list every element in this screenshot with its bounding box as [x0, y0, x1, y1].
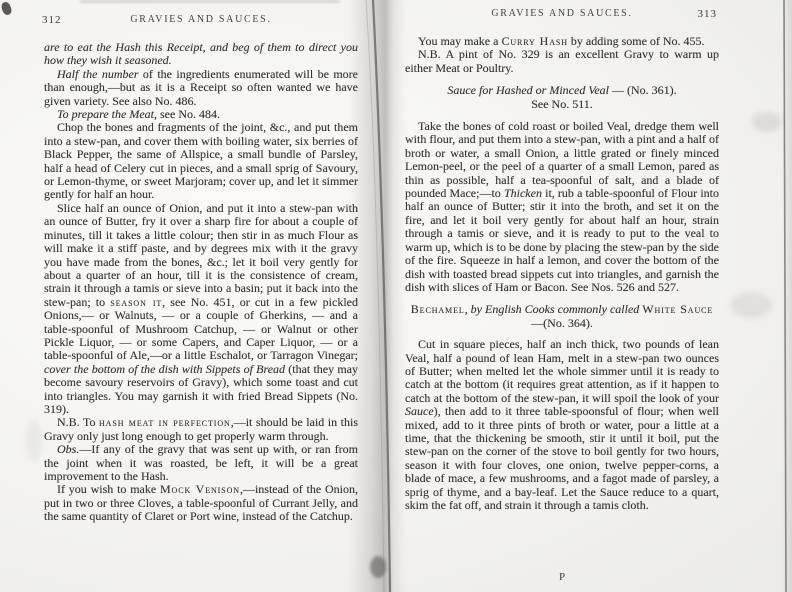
scan-smudge [26, 420, 42, 462]
paragraph: Bechamel, by English Cooks commonly call… [405, 303, 719, 330]
text-segment: Sauce [405, 404, 434, 418]
paragraph: Cut in square pieces, half an inch thick… [405, 338, 719, 512]
right-page: GRAVIES AND SAUCES. 313 You may make a C… [405, 8, 719, 592]
text-segment: — (No. 361). [609, 83, 677, 97]
scan-streak [80, 0, 340, 3]
text-segment: by English Cooks commonly called [471, 302, 640, 316]
text-segment: Sauce for Hashed or Minced Veal [447, 83, 609, 97]
left-page-number: 312 [42, 14, 62, 26]
paragraph: Slice half an ounce of Onion, and put it… [44, 202, 358, 417]
text-segment: Obs. [57, 442, 79, 456]
book-scan: 312 GRAVIES AND SAUCES. are to eat the H… [0, 0, 792, 592]
text-segment: Bechamel [411, 302, 465, 316]
text-segment: N.B. To [57, 415, 99, 429]
right-page-header: GRAVIES AND SAUCES. 313 [405, 8, 719, 24]
text-segment: Cut in square pieces, half an inch thick… [405, 337, 719, 405]
left-page-body: are to eat the Hash this Receipt, and be… [44, 41, 358, 524]
paragraph: are to eat the Hash this Receipt, and be… [44, 41, 358, 68]
paragraph: Sauce for Hashed or Minced Veal — (No. 3… [405, 84, 719, 97]
paragraph: See No. 511. [405, 98, 719, 111]
text-segment: You may make a [418, 34, 501, 48]
text-segment: Half the number [57, 67, 139, 81]
scan-blot [370, 556, 386, 578]
right-page-body: You may make a Curry Hash by adding some… [405, 35, 719, 512]
text-segment: hash meat in perfection [99, 415, 231, 429]
text-segment: Thicken [504, 186, 542, 200]
right-running-head: GRAVIES AND SAUCES. [405, 8, 719, 19]
left-page-header: 312 GRAVIES AND SAUCES. [44, 14, 358, 30]
text-segment: it, rub a table-spoonful of Flour into h… [405, 186, 719, 294]
paragraph: To prepare the Meat, see No. 484. [44, 108, 358, 121]
text-segment: N.B. A pint of No. 329 is an excellent G… [405, 47, 719, 74]
text-segment: Mock Venison [160, 482, 240, 496]
text-segment: Chop the bones and fragments of the join… [44, 120, 358, 201]
left-running-head: GRAVIES AND SAUCES. [44, 14, 358, 25]
text-segment: Slice half an ounce of Onion, and put it… [44, 201, 358, 309]
paragraph: You may make a Curry Hash by adding some… [405, 35, 719, 48]
text-segment: are to eat the Hash this Receipt, and be… [44, 40, 358, 67]
text-segment: —(No. 364). [531, 316, 593, 330]
left-page: 312 GRAVIES AND SAUCES. are to eat the H… [44, 14, 358, 592]
text-segment: —If any of the gravy that was sent up wi… [44, 442, 358, 483]
book-edge-shade [782, 0, 792, 592]
paragraph: Half the number of the ingredients enume… [44, 68, 358, 108]
text-segment: ), then add to it three table-spoonsful … [405, 404, 719, 512]
paragraph: Take the bones of cold roast or boiled V… [405, 120, 719, 294]
paragraph: If you wish to make Mock Venison,—instea… [44, 483, 358, 523]
signature-mark: P [405, 571, 719, 583]
text-segment: Curry Hash [501, 34, 567, 48]
text-segment: , see No. 484. [154, 107, 220, 121]
scan-smudge [730, 292, 772, 318]
text-segment: cover the bottom of the dish with Sippet… [44, 362, 285, 376]
paragraph: Obs.—If any of the gravy that was sent u… [44, 443, 358, 483]
text-segment: To prepare the Meat [57, 107, 154, 121]
paragraph: Chop the bones and fragments of the join… [44, 121, 358, 201]
text-segment: by adding some of No. 455. [568, 34, 705, 48]
paragraph: N.B. A pint of No. 329 is an excellent G… [405, 48, 719, 75]
scan-speck [0, 1, 13, 16]
text-segment: See No. 511. [531, 97, 593, 111]
right-page-number: 313 [698, 8, 718, 20]
text-segment: season it [110, 295, 162, 309]
text-segment: White Sauce [642, 302, 713, 316]
scan-smudge [752, 112, 782, 132]
paragraph: N.B. To hash meat in perfection,—it shou… [44, 416, 358, 443]
text-segment: If you wish to make [57, 482, 160, 496]
